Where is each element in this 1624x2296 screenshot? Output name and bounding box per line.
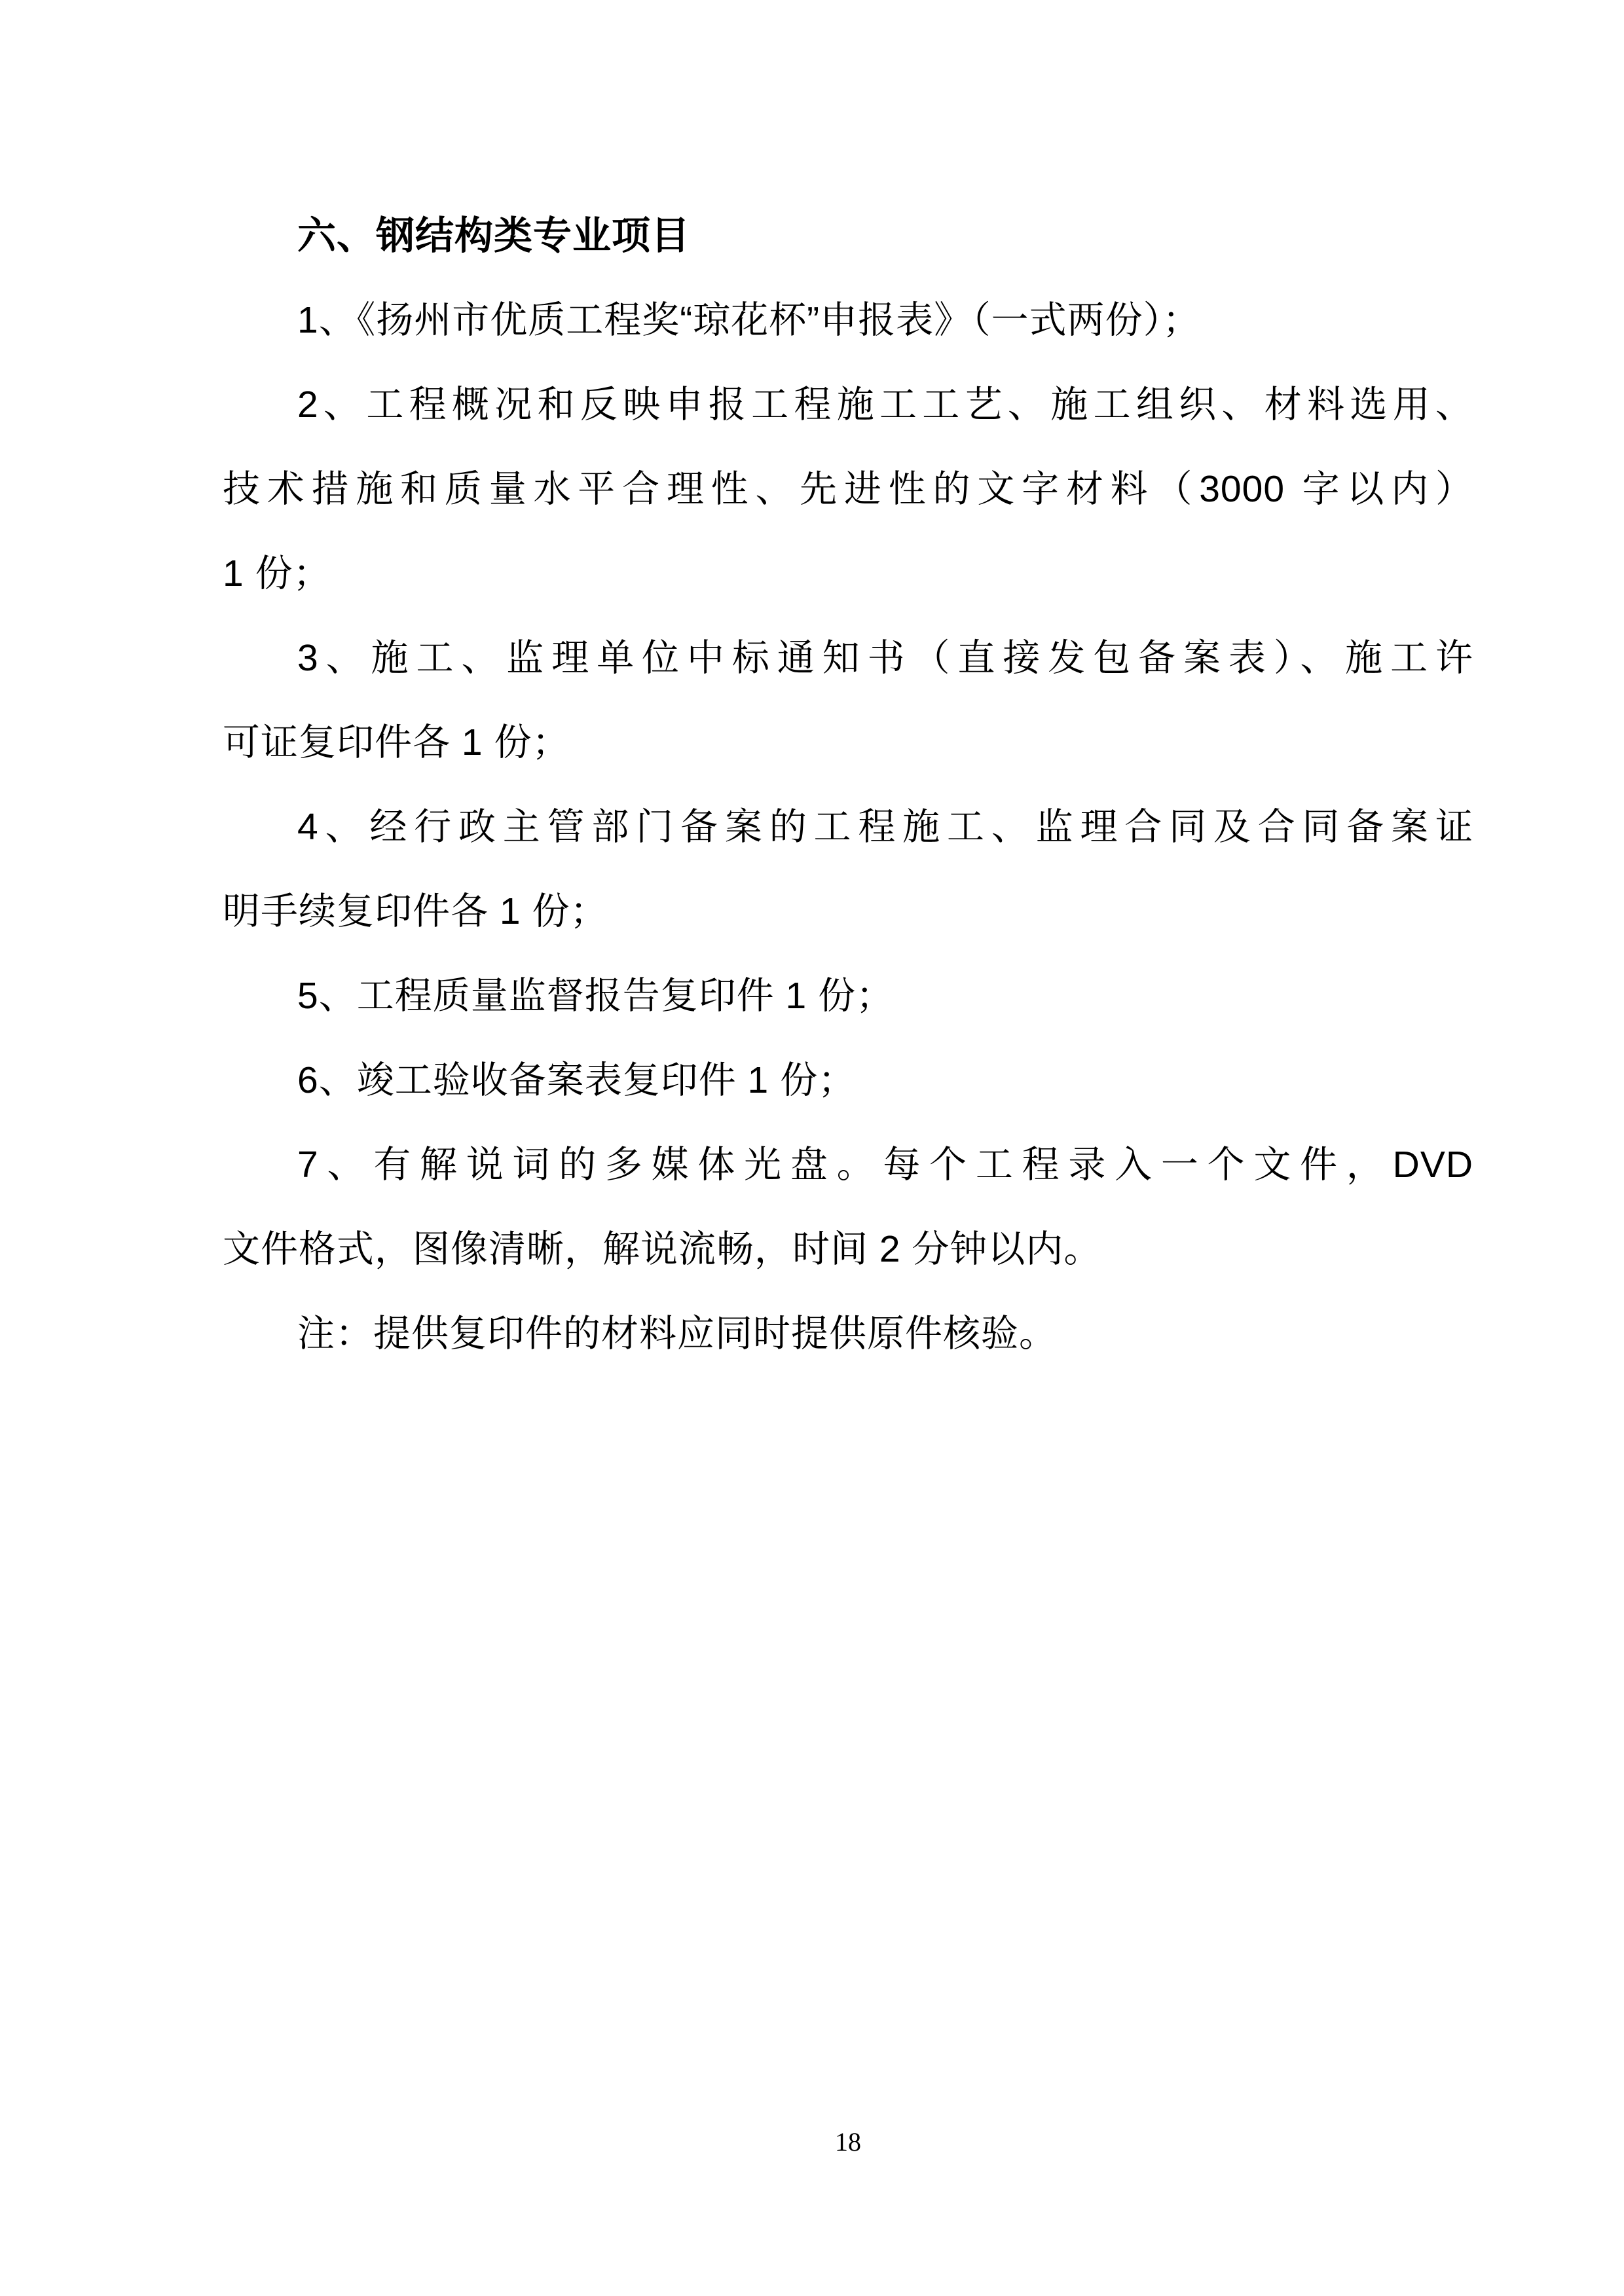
document-body: 六、钢结构类专业项目 1、《扬州市优质工程奖“琼花杯”申报表》（一式两份）； 2… — [223, 194, 1473, 1376]
list-item-3-line-2: 可证复印件各 1 份； — [223, 701, 1473, 785]
note-line: 注：提供复印件的材料应同时提供原件核验。 — [223, 1292, 1473, 1376]
list-item-5: 5、工程质量监督报告复印件 1 份； — [223, 954, 1473, 1038]
list-item-7-line-2: 文件格式，图像清晰，解说流畅，时间 2 分钟以内。 — [223, 1207, 1473, 1292]
list-item-4-line-2: 明手续复印件各 1 份； — [223, 869, 1473, 954]
list-item-6: 6、竣工验收备案表复印件 1 份； — [223, 1038, 1473, 1123]
list-item-2-line-2: 技术措施和质量水平合理性、先进性的文字材料（3000 字以内） — [223, 447, 1473, 532]
list-item-1: 1、《扬州市优质工程奖“琼花杯”申报表》（一式两份）； — [223, 278, 1473, 363]
list-item-2-line-3: 1 份； — [223, 532, 1473, 616]
list-item-2-line-1: 2、工程概况和反映申报工程施工工艺、施工组织、材料选用、 — [223, 363, 1473, 447]
page-number: 18 — [223, 2126, 1473, 2158]
list-item-4-line-1: 4、经行政主管部门备案的工程施工、监理合同及合同备案证 — [223, 785, 1473, 869]
section-heading: 六、钢结构类专业项目 — [223, 194, 1473, 278]
list-item-3-line-1: 3、施工、监理单位中标通知书（直接发包备案表）、施工许 — [223, 616, 1473, 701]
list-item-7-line-1: 7、有解说词的多媒体光盘。每个工程录入一个文件，DVD — [223, 1123, 1473, 1207]
document-page: 六、钢结构类专业项目 1、《扬州市优质工程奖“琼花杯”申报表》（一式两份）； 2… — [0, 0, 1624, 2296]
